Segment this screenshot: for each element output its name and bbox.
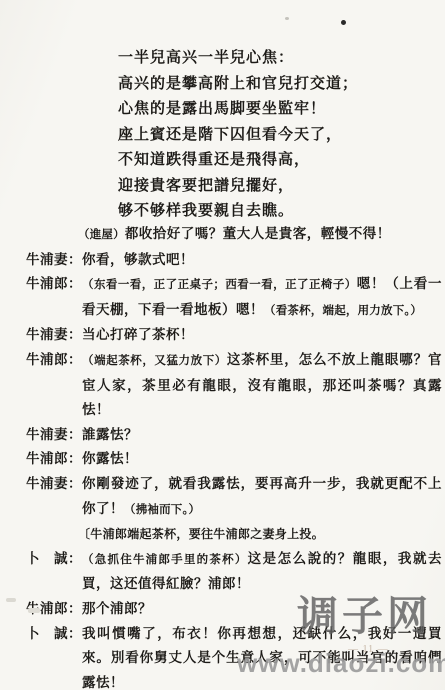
dialogue-row: 牛浦妻： 当心打碎了茶杯！ — [0, 323, 445, 348]
dialogue-text: （進屋）都收拾好了嗎？董大人是貴客，輕慢不得！ — [78, 222, 441, 248]
speaker-label: 卜 誠： — [26, 547, 82, 572]
dialogue-text: 那个浦郎？ — [82, 597, 442, 622]
stage-direction: （端起茶杯，又猛力放下） — [82, 355, 227, 367]
ink-speck — [285, 17, 289, 20]
ink-speck — [341, 20, 346, 25]
stage-direction-row: 〔牛浦郎端起茶杯，要往牛浦郎之妻身上投。 — [0, 522, 445, 547]
dialogue-row: 牛浦妻： 誰露怯？ — [0, 423, 445, 448]
verse-line: 够不够样我要親自去瞧。 — [118, 199, 439, 225]
dialogue-text: 誰露怯？ — [82, 423, 442, 448]
speaker-label: 卜 誠： — [26, 622, 82, 647]
speaker-label: 牛浦郎： — [26, 348, 82, 373]
dialogue-row: 牛浦妻： 你看，够款式吧！ — [0, 248, 445, 273]
dialogue-text: （急抓住牛浦郎手里的茶杯）这是怎么說的？龍眼，我就去買，这还值得紅臉？浦郎！ — [82, 547, 442, 597]
dialogue-text: （东看一看，正了正桌子；西看一看，正了正椅子）嗯！（上看一看天棚，下看一看地板）… — [82, 272, 442, 323]
speaker-label: 牛浦妻： — [26, 248, 82, 273]
scan-smudge — [28, 608, 40, 613]
dialogue-row: 牛浦郎： 你露怯！ — [0, 447, 445, 472]
dialogue-row: 卜 誠： 我叫慣嘴了，布衣！你再想想，还缺什么，我好一遭買來。別看你舅丈人是个生… — [0, 622, 445, 690]
speaker-label: 牛浦郎： — [26, 447, 82, 472]
dialogue-line: 都收拾好了嗎？董大人是貴客，輕慢不得！ — [125, 226, 391, 241]
dialogue-text: 你剛發迹了，就看我露怯，要再高升一步，我就更配不上你了！（拂袖而下。） — [82, 472, 442, 522]
stage-direction: （拂袖而下。） — [124, 504, 200, 516]
verse-line: 不知道跌得重还是飛得高， — [118, 148, 439, 174]
dialogue-row-continuation: （進屋）都收拾好了嗎？董大人是貴客，輕慢不得！ — [0, 222, 445, 248]
verse-block: 一半兒高兴一半兒心焦： 高兴的是攀高附上和官兒打交道； 心焦的是露出馬脚要坐監牢… — [118, 46, 439, 225]
dialogue-row: 牛浦郎： （端起茶杯，又猛力放下）这茶杯里，怎么不放上龍眼哪？官宦人家，茶里必有… — [0, 348, 445, 423]
verse-line: 迎接貴客要把譜兒擺好， — [118, 174, 439, 200]
dialogue-row: 牛浦妻： 你剛發迹了，就看我露怯，要再高升一步，我就更配不上你了！（拂袖而下。） — [0, 472, 445, 522]
speaker-label: 牛浦妻： — [26, 423, 82, 448]
dialogue-block: （進屋）都收拾好了嗎？董大人是貴客，輕慢不得！ 牛浦妻： 你看，够款式吧！ 牛浦… — [0, 222, 445, 690]
scanned-script-page: 一半兒高兴一半兒心焦： 高兴的是攀高附上和官兒打交道； 心焦的是露出馬脚要坐監牢… — [0, 0, 445, 690]
verse-line: 座上賓还是階下囚但看今天了， — [118, 123, 439, 149]
stage-direction: （急抓住牛浦郎手里的茶杯） — [82, 554, 248, 566]
speaker-label: 牛浦妻： — [26, 472, 82, 497]
page-number: — 11 — — [348, 644, 389, 655]
stage-direction: 〔牛浦郎端起茶杯，要往牛浦郎之妻身上投。 — [78, 522, 441, 547]
dialogue-text: （端起茶杯，又猛力放下）这茶杯里，怎么不放上龍眼哪？官宦人家，茶里必有龍眼，沒有… — [82, 348, 442, 423]
speaker-label: 牛浦妻： — [26, 323, 82, 348]
verse-line: 高兴的是攀高附上和官兒打交道； — [118, 72, 439, 98]
dialogue-row: 牛浦郎： （东看一看，正了正桌子；西看一看，正了正椅子）嗯！（上看一看天棚，下看… — [0, 272, 445, 323]
verse-line: 一半兒高兴一半兒心焦： — [118, 46, 439, 72]
verse-line: 心焦的是露出馬脚要坐監牢！ — [118, 97, 439, 123]
dialogue-text: 你露怯！ — [82, 447, 442, 472]
scan-smudge — [6, 598, 16, 602]
stage-direction: （东看一看，正了正桌子；西看一看，正了正椅子） — [82, 279, 357, 291]
speaker-label: 牛浦郎： — [26, 272, 82, 297]
dialogue-row: 牛浦郎： 那个浦郎？ — [0, 597, 445, 622]
dialogue-text: 当心打碎了茶杯！ — [82, 323, 442, 348]
stage-direction: （看茶杯，端起，用力放下。） — [264, 305, 422, 317]
stage-direction: （進屋） — [78, 229, 125, 241]
dialogue-row: 卜 誠： （急抓住牛浦郎手里的茶杯）这是怎么說的？龍眼，我就去買，这还值得紅臉？… — [0, 547, 445, 597]
dialogue-text: 你看，够款式吧！ — [82, 248, 442, 273]
dialogue-text: 我叫慣嘴了，布衣！你再想想，还缺什么，我好一遭買來。別看你舅丈人是个生意人家，可… — [82, 622, 442, 690]
